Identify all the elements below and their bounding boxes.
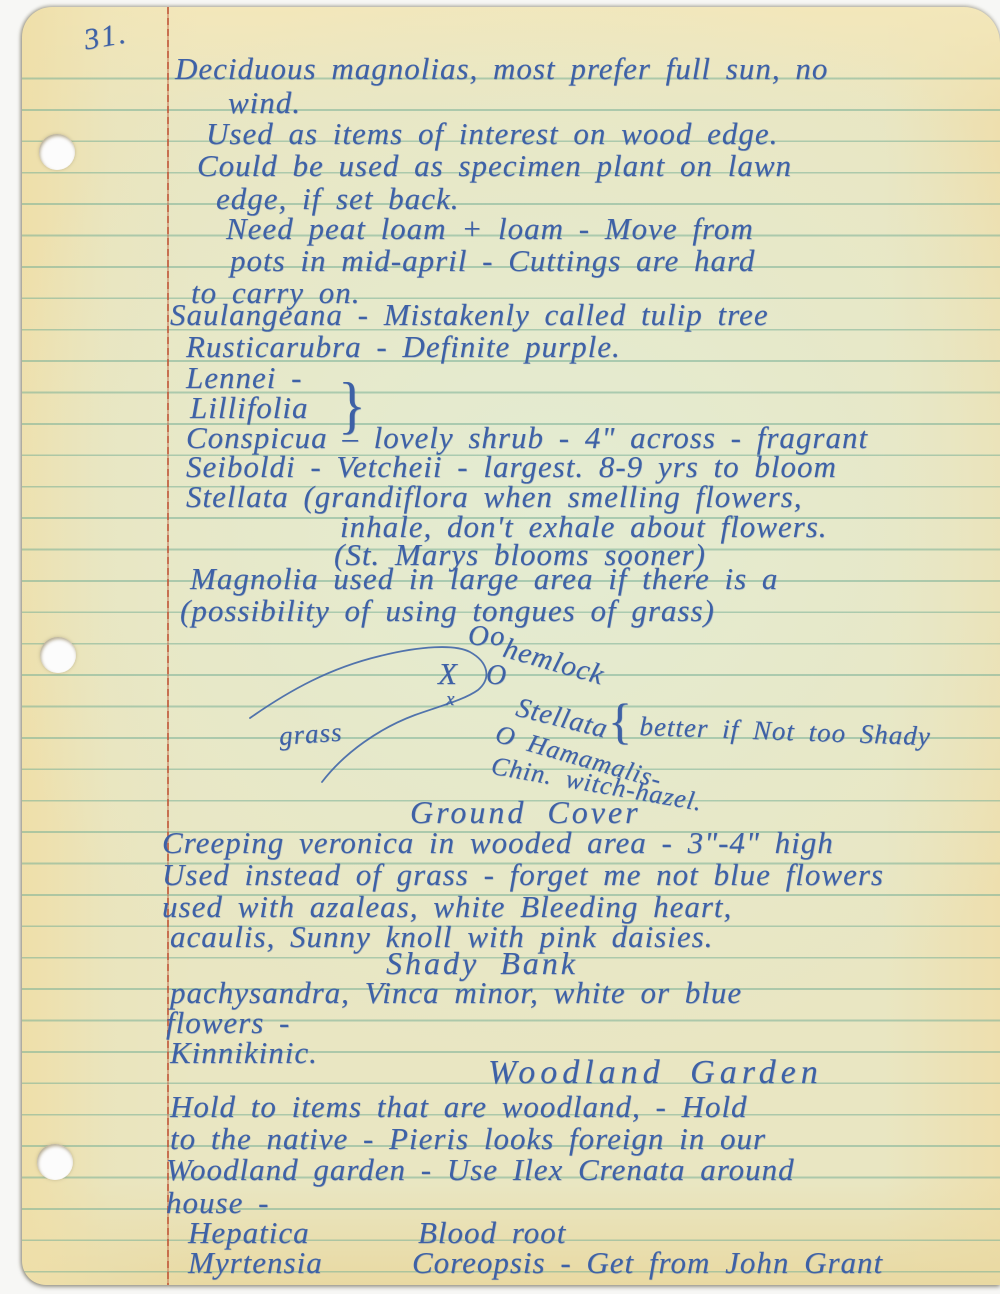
margin-line [167, 7, 169, 1285]
notebook-page [22, 7, 1000, 1285]
hole-punch-bottom [37, 1144, 73, 1180]
hole-punch-middle [40, 637, 76, 673]
scanned-notebook-screenshot: { "page_number": "31.", "colors": { "ink… [0, 0, 1000, 1294]
hole-punch-top [39, 134, 75, 170]
